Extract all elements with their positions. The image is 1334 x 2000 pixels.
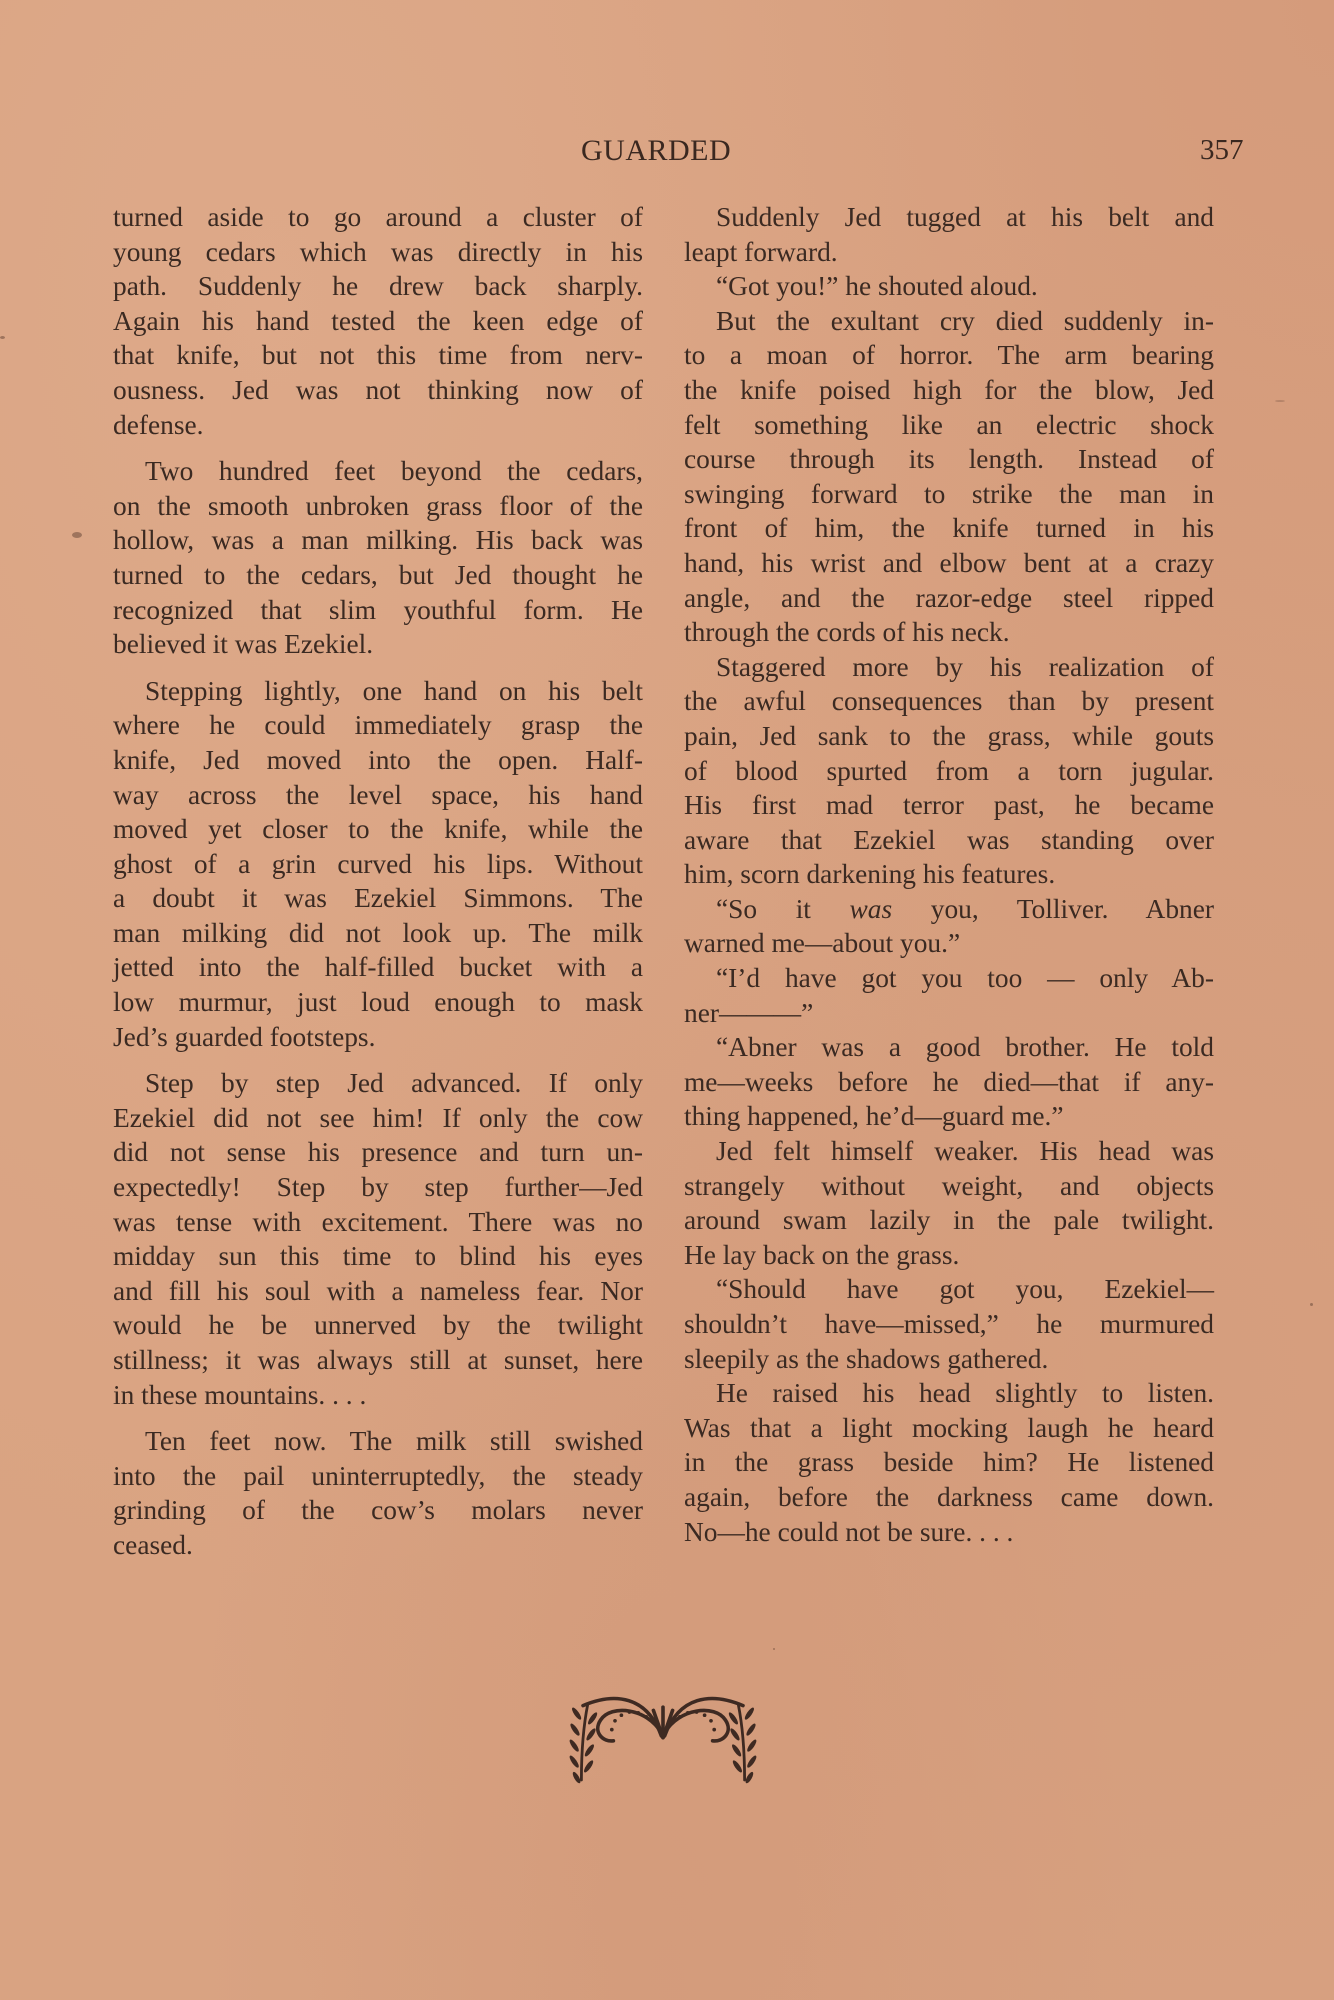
- italic-emphasis: was: [850, 894, 893, 924]
- paragraph: Stepping lightly, one hand on his belt w…: [113, 674, 643, 1055]
- text-line: to a moan of horror. The arm bearing: [684, 338, 1214, 373]
- text-line: path. Suddenly he drew back sharply.: [113, 269, 643, 304]
- paragraph: “I’d have got you too — only Ab- ner———”: [684, 961, 1214, 1030]
- right-column: Suddenly Jed tugged at his belt and leap…: [684, 200, 1214, 1549]
- text-line: on the smooth unbroken grass floor of th…: [113, 489, 643, 524]
- paragraph: Ten feet now. The milk still swished int…: [113, 1424, 643, 1562]
- text-line: me—weeks before he died—that if any-: [684, 1065, 1214, 1100]
- text-line: Suddenly Jed tugged at his belt and: [684, 200, 1214, 235]
- text-line: into the pail uninterruptedly, the stead…: [113, 1459, 643, 1494]
- text-line: He lay back on the grass.: [684, 1238, 1214, 1273]
- text-line: was tense with excitement. There was no: [113, 1205, 643, 1240]
- text-line: aware that Ezekiel was standing over: [684, 823, 1214, 858]
- text-line: knife, Jed moved into the open. Half-: [113, 743, 643, 778]
- paragraph: Suddenly Jed tugged at his belt and leap…: [684, 200, 1214, 269]
- text-line: turned to the cedars, but Jed thought he: [113, 558, 643, 593]
- text-line: would he be unnerved by the twilight: [113, 1308, 643, 1343]
- text-line: “Should have got you, Ezekiel—: [684, 1272, 1214, 1307]
- text-line: stillness; it was always still at sunset…: [113, 1343, 643, 1378]
- text-line: Stepping lightly, one hand on his belt: [113, 674, 643, 709]
- text-line: turned aside to go around a cluster of: [113, 200, 643, 235]
- paragraph: He raised his head slightly to listen. W…: [684, 1376, 1214, 1549]
- text-line: ghost of a grin curved his lips. Without: [113, 847, 643, 882]
- left-column: turned aside to go around a cluster of y…: [113, 200, 643, 1563]
- book-page: GUARDED 357 turned aside to go around a …: [0, 0, 1334, 2000]
- text-line: “Abner was a good brother. He told: [684, 1030, 1214, 1065]
- paragraph: “Should have got you, Ezekiel— shouldn’t…: [684, 1272, 1214, 1376]
- text-line: defense.: [113, 408, 643, 443]
- text-line: course through its length. Instead of: [684, 442, 1214, 477]
- text-line: and fill his soul with a nameless fear. …: [113, 1274, 643, 1309]
- paragraph: “Got you!” he shouted aloud.: [684, 269, 1214, 304]
- text-line: warned me—about you.”: [684, 926, 1214, 961]
- text-line: low murmur, just loud enough to mask: [113, 985, 643, 1020]
- text-line: hollow, was a man milking. His back was: [113, 523, 643, 558]
- text-line: the knife poised high for the blow, Jed: [684, 373, 1214, 408]
- paper-speck: [72, 532, 82, 538]
- text-line: believed it was Ezekiel.: [113, 627, 643, 662]
- paragraph: turned aside to go around a cluster of y…: [113, 200, 643, 442]
- paragraph: Step by step Jed advanced. If only Ezeki…: [113, 1066, 643, 1412]
- floral-tailpiece-icon: [548, 1680, 778, 1792]
- text-line: hand, his wrist and elbow bent at a craz…: [684, 546, 1214, 581]
- text-run: you, Tolliver. Abner: [892, 894, 1214, 924]
- text-line: a doubt it was Ezekiel Simmons. The: [113, 881, 643, 916]
- text-line: man milking did not look up. The milk: [113, 916, 643, 951]
- text-line: sleepily as the shadows gathered.: [684, 1342, 1214, 1377]
- running-head: GUARDED 357: [0, 134, 1334, 174]
- text-line: “Got you!” he shouted aloud.: [684, 269, 1214, 304]
- text-line: in the grass beside him? He listened: [684, 1445, 1214, 1480]
- text-line: Two hundred feet beyond the cedars,: [113, 454, 643, 489]
- text-line: shouldn’t have—missed,” he murmured: [684, 1307, 1214, 1342]
- page-number: 357: [1200, 134, 1244, 167]
- text-line: grinding of the cow’s molars never: [113, 1493, 643, 1528]
- paper-speck: [773, 1648, 775, 1650]
- text-line: ner———”: [684, 996, 1214, 1031]
- text-line: Again his hand tested the keen edge of: [113, 304, 643, 339]
- text-line: Ezekiel did not see him! If only the cow: [113, 1101, 643, 1136]
- text-line: His first mad terror past, he became: [684, 788, 1214, 823]
- text-line: moved yet closer to the knife, while the: [113, 812, 643, 847]
- text-line: around swam lazily in the pale twilight.: [684, 1203, 1214, 1238]
- paragraph: But the exultant cry died suddenly in- t…: [684, 304, 1214, 650]
- text-line: did not sense his presence and turn un-: [113, 1135, 643, 1170]
- text-line: “So it was you, Tolliver. Abner: [684, 892, 1214, 927]
- text-line: in these mountains. . . .: [113, 1378, 643, 1413]
- text-line: jetted into the half-filled bucket with …: [113, 950, 643, 985]
- text-line: pain, Jed sank to the grass, while gouts: [684, 719, 1214, 754]
- text-line: recognized that slim youthful form. He: [113, 593, 643, 628]
- text-line: the awful consequences than by present: [684, 684, 1214, 719]
- text-line: front of him, the knife turned in his: [684, 511, 1214, 546]
- text-line: felt something like an electric shock: [684, 408, 1214, 443]
- text-run: “So it: [716, 894, 850, 924]
- text-line: him, scorn darkening his features.: [684, 857, 1214, 892]
- text-line: Jed felt himself weaker. His head was: [684, 1134, 1214, 1169]
- text-line: of blood spurted from a torn jugular.: [684, 754, 1214, 789]
- text-line: He raised his head slightly to listen.: [684, 1376, 1214, 1411]
- paragraph: Two hundred feet beyond the cedars, on t…: [113, 454, 643, 662]
- paper-speck: [0, 336, 5, 339]
- text-line: Staggered more by his realization of: [684, 650, 1214, 685]
- text-line: Was that a light mocking laugh he heard: [684, 1411, 1214, 1446]
- text-line: way across the level space, his hand: [113, 778, 643, 813]
- running-title: GUARDED: [581, 134, 731, 168]
- text-line: Step by step Jed advanced. If only: [113, 1066, 643, 1101]
- text-line: midday sun this time to blind his eyes: [113, 1239, 643, 1274]
- text-line: “I’d have got you too — only Ab-: [684, 961, 1214, 996]
- text-line: leapt forward.: [684, 235, 1214, 270]
- text-line: that knife, but not this time from nerv-: [113, 338, 643, 373]
- text-line: young cedars which was directly in his: [113, 235, 643, 270]
- paragraph: Staggered more by his realization of the…: [684, 650, 1214, 892]
- paper-speck: [1310, 1303, 1313, 1306]
- text-line: swinging forward to strike the man in: [684, 477, 1214, 512]
- paragraph: “So it was you, Tolliver. Abner warned m…: [684, 892, 1214, 961]
- text-line: expectedly! Step by step further—Jed: [113, 1170, 643, 1205]
- text-line: strangely without weight, and objects: [684, 1169, 1214, 1204]
- text-line: ousness. Jed was not thinking now of: [113, 373, 643, 408]
- text-line: thing happened, he’d—guard me.”: [684, 1099, 1214, 1134]
- text-line: again, before the darkness came down.: [684, 1480, 1214, 1515]
- text-line: through the cords of his neck.: [684, 615, 1214, 650]
- text-line: No—he could not be sure. . . .: [684, 1515, 1214, 1550]
- text-line: But the exultant cry died suddenly in-: [684, 304, 1214, 339]
- text-line: where he could immediately grasp the: [113, 708, 643, 743]
- paragraph: “Abner was a good brother. He told me—we…: [684, 1030, 1214, 1134]
- text-line: ceased.: [113, 1528, 643, 1563]
- text-line: Jed’s guarded footsteps.: [113, 1020, 643, 1055]
- paper-speck: [1275, 400, 1285, 402]
- text-line: angle, and the razor-edge steel ripped: [684, 581, 1214, 616]
- text-line: Ten feet now. The milk still swished: [113, 1424, 643, 1459]
- paragraph: Jed felt himself weaker. His head was st…: [684, 1134, 1214, 1272]
